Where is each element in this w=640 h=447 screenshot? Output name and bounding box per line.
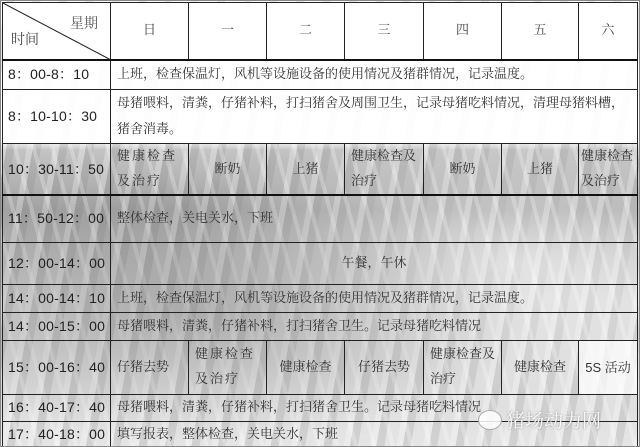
watermark: 猪场动力网 (478, 406, 601, 433)
time-cell: 11：50-12：00 (3, 195, 111, 242)
activity-cell: 健康检查及治疗 (424, 340, 502, 394)
activity-cell: 断奶 (189, 144, 267, 196)
activity-cell: 母猪喂料，清粪，仔猪补料，打扫猪舍卫生。记录母猪吃料情况 (111, 312, 638, 340)
activity-cell: 5S 活动 (579, 340, 638, 394)
table-row: 12：00-14：00 午餐，午休 (3, 242, 638, 284)
table-row: 11：50-12：00 整体检查，关电关水，下班 (3, 195, 638, 242)
activity-cell: 上班，检查保温灯，风机等设施设备的使用情况及猪群情况，记录温度。 (111, 60, 638, 90)
activity-cell: 上猪 (267, 144, 345, 196)
wechat-icon (478, 410, 502, 430)
activity-cell: 健康检查 (502, 340, 579, 394)
corner-cell: 星期 时间 (3, 3, 111, 60)
table-row: 14：00-15：00 母猪喂料，清粪，仔猪补料，打扫猪舍卫生。记录母猪吃料情况 (3, 312, 638, 340)
activity-cell: 上猪 (502, 144, 579, 196)
weekday-axis-label: 星期 (70, 12, 98, 37)
day-header-mon: 一 (189, 3, 267, 60)
activity-cell: 健康检查及治疗 (189, 340, 267, 394)
table-row: 14：00-14：10 上班，检查保温灯，风机等设施设备的使用情况及猪群情况，记… (3, 284, 638, 312)
schedule-table: 星期 时间 日 一 二 三 四 五 六 8：00-8：10 上班，检查保温灯，风… (2, 2, 638, 447)
day-header-wed: 三 (345, 3, 424, 60)
activity-cell: 健康检查 (267, 340, 345, 394)
activity-cell: 健康检查及治疗 (111, 144, 189, 196)
day-header-fri: 五 (502, 3, 579, 60)
time-cell: 16：40-17：40 (3, 394, 111, 421)
activity-cell: 健康检查及治疗 (345, 144, 424, 196)
time-cell: 17：40-18：00 (3, 421, 111, 447)
header-row: 星期 时间 日 一 二 三 四 五 六 (3, 3, 638, 60)
table-row: 15：00-16：40 仔猪去势 健康检查及治疗 健康检查 仔猪去势 健康检查及… (3, 340, 638, 394)
activity-cell: 整体检查，关电关水，下班 (111, 195, 638, 242)
time-cell: 14：00-15：00 (3, 312, 111, 340)
day-header-sun: 日 (111, 3, 189, 60)
activity-cell: 仔猪去势 (345, 340, 424, 394)
time-cell: 8：10-10：30 (3, 90, 111, 144)
table-row: 8：10-10：30 母猪喂料，清粪，仔猪补料，打扫猪舍及周围卫生，记录母猪吃料… (3, 90, 638, 144)
day-header-thu: 四 (424, 3, 502, 60)
time-cell: 8：00-8：10 (3, 60, 111, 90)
activity-cell: 午餐，午休 (111, 242, 638, 284)
time-cell: 12：00-14：00 (3, 242, 111, 284)
table-row: 10：30-11：50 健康检查及治疗 断奶 上猪 健康检查及治疗 断奶 上猪 … (3, 144, 638, 196)
activity-cell: 仔猪去势 (111, 340, 189, 394)
activity-cell: 上班，检查保温灯，风机等设施设备的使用情况及猪群情况，记录温度。 (111, 284, 638, 312)
activity-cell: 健康检查及治疗 (579, 144, 638, 196)
activity-cell: 母猪喂料，清粪，仔猪补料，打扫猪舍及周围卫生，记录母猪吃料情况，清理母猪料槽，猪… (111, 90, 638, 144)
time-cell: 14：00-14：10 (3, 284, 111, 312)
time-cell: 10：30-11：50 (3, 144, 111, 196)
watermark-text: 猪场动力网 (506, 406, 601, 433)
time-axis-label: 时间 (11, 28, 39, 53)
activity-cell: 断奶 (424, 144, 502, 196)
table-row: 8：00-8：10 上班，检查保温灯，风机等设施设备的使用情况及猪群情况，记录温… (3, 60, 638, 90)
day-header-sat: 六 (579, 3, 638, 60)
time-cell: 15：00-16：40 (3, 340, 111, 394)
day-header-tue: 二 (267, 3, 345, 60)
